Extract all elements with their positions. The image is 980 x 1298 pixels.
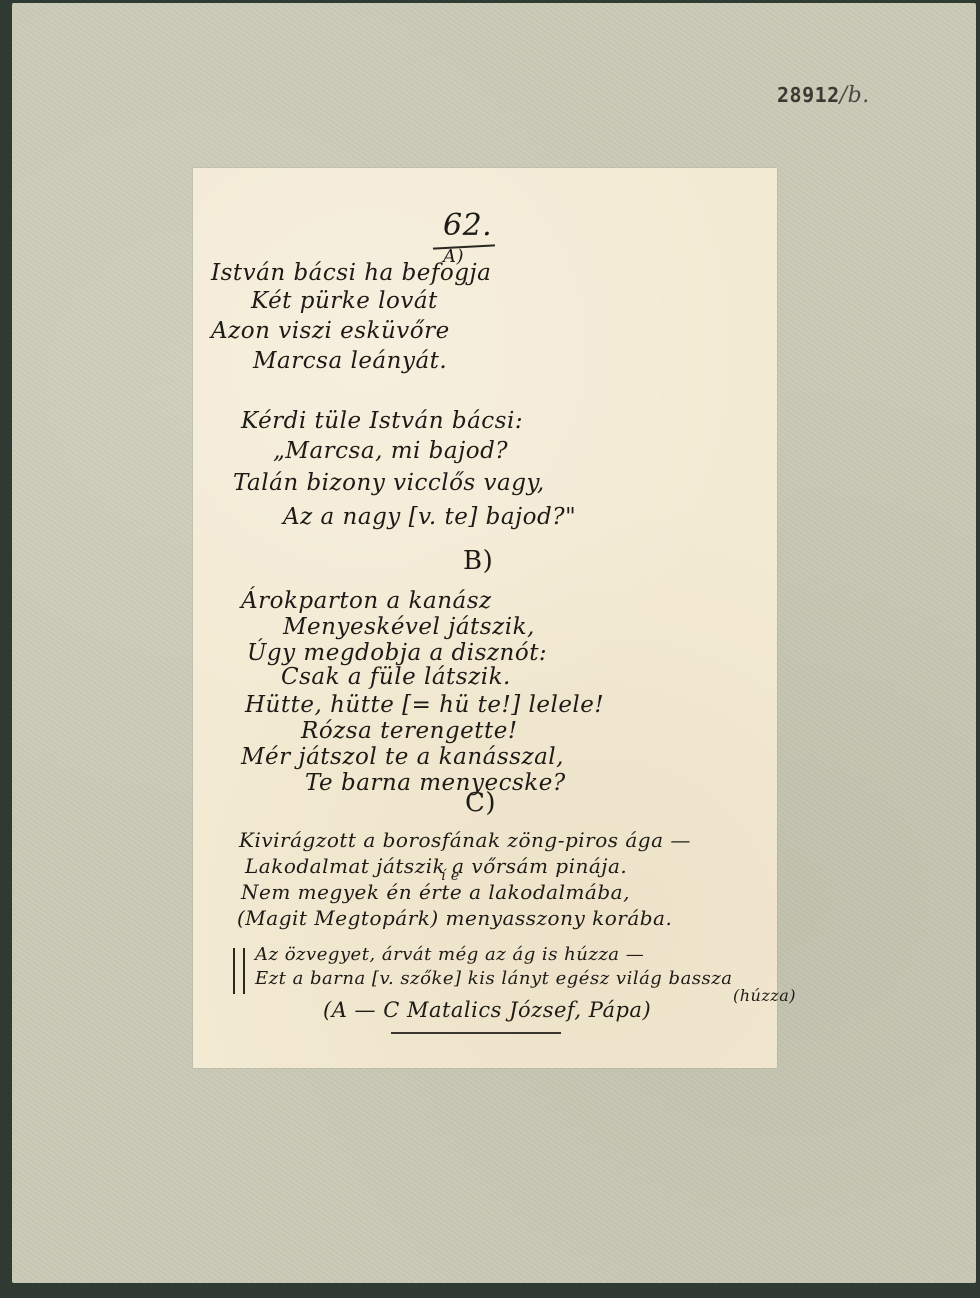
- verse-line: Úgy megdobja a disznót:: [247, 640, 547, 666]
- margin-note: (húzza): [733, 986, 796, 1005]
- verse-line: Árokparton a kanász: [241, 588, 492, 614]
- verse-line: Kérdi tüle István bácsi:: [241, 408, 523, 434]
- verse-line: Két pürke lovát: [251, 288, 438, 314]
- catalog-number-text: 28912: [777, 83, 840, 107]
- verse-line: Nem megyek én érte a lakodalmába,: [241, 880, 630, 904]
- margin-double-bar: [233, 948, 245, 994]
- attribution-underline: [391, 1032, 561, 1034]
- verse-line: Az a nagy [v. te] bajod?": [283, 504, 576, 530]
- verse-line: Ezt a barna [v. szőke] kis lányt egész v…: [255, 968, 733, 989]
- verse-line: „Marcsa, mi bajod?: [273, 438, 508, 464]
- song-number: 62.: [443, 208, 492, 243]
- section-b-label: B): [463, 546, 493, 576]
- verse-line: Te barna menyecske?: [305, 770, 566, 796]
- verse-line: Menyeskével játszik,: [283, 614, 535, 640]
- verse-line: István bácsi ha befogja: [211, 260, 491, 286]
- verse-line: Csak a füle látszik.: [281, 664, 511, 690]
- catalog-number: 28912/b.: [777, 83, 870, 108]
- verse-line: Talán bizony vicclős vagy,: [233, 470, 545, 496]
- verse-line: Azon viszi esküvőre: [211, 318, 450, 344]
- verse-line: Rózsa terengette!: [301, 718, 518, 744]
- verse-line: Lakodalmat játszik a vőrsám pinája.: [245, 854, 627, 878]
- manuscript-sheet: 62. A) István bácsi ha befogja Két pürke…: [193, 168, 777, 1068]
- catalog-suffix: /b.: [840, 83, 870, 108]
- verse-line: Mér játszol te a kanásszal,: [241, 744, 564, 770]
- section-c-label: C): [465, 788, 496, 818]
- verse-line: Marcsa leányát.: [253, 348, 447, 374]
- verse-line: (Magit Megtopárk) menyasszony korába.: [237, 906, 672, 930]
- attribution: (A — C Matalics József, Pápa): [323, 998, 651, 1022]
- verse-line: Kivirágzott a borosfának zöng-piros ága …: [239, 828, 691, 852]
- verse-line: Az özvegyet, árvát még az ág is húzza —: [255, 944, 644, 965]
- verse-line: Hütte, hütte [= hü te!] lelele!: [245, 692, 604, 718]
